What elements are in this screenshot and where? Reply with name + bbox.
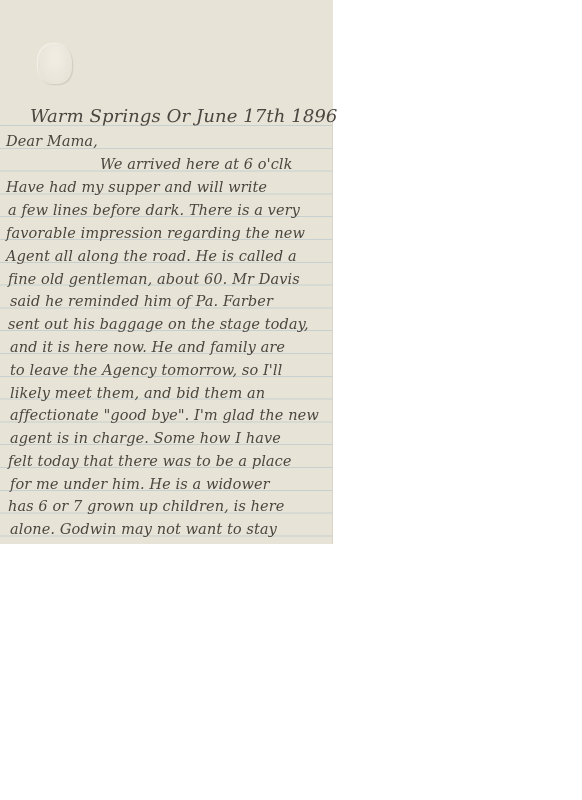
letter-page: Warm Springs Or June 17th 1896 Dear Mama… — [0, 0, 333, 544]
letter-line: and it is here now. He and family are — [10, 340, 285, 356]
letter-line: has 6 or 7 grown up children, is here — [8, 499, 284, 515]
letter-line: for me under him. He is a widower — [10, 477, 270, 493]
letter-line: alone. Godwin may not want to stay — [10, 522, 277, 538]
letter-line: to leave the Agency tomorrow, so I'll — [10, 363, 282, 379]
letter-line: favorable impression regarding the new — [6, 226, 305, 242]
letter-line: Have had my supper and will write — [6, 180, 267, 196]
letter-line: likely meet them, and bid them an — [10, 386, 265, 402]
letter-line: agent is in charge. Some how I have — [10, 431, 281, 447]
letter-line: fine old gentleman, about 60. Mr Davis — [8, 272, 300, 288]
letter-heading: Warm Springs Or June 17th 1896 — [30, 106, 337, 127]
letter-line: We arrived here at 6 o'clk — [100, 157, 293, 173]
letter-line: a few lines before dark. There is a very — [8, 203, 300, 219]
embossed-seal-icon — [38, 44, 72, 84]
salutation: Dear Mama, — [6, 134, 98, 150]
letter-line: felt today that there was to be a place — [8, 454, 292, 470]
letter-line: sent out his baggage on the stage today, — [8, 317, 309, 333]
letter-line: said he reminded him of Pa. Farber — [10, 294, 273, 310]
letter-line: affectionate "good bye". I'm glad the ne… — [10, 408, 319, 424]
letter-line: Agent all along the road. He is called a — [6, 249, 297, 265]
